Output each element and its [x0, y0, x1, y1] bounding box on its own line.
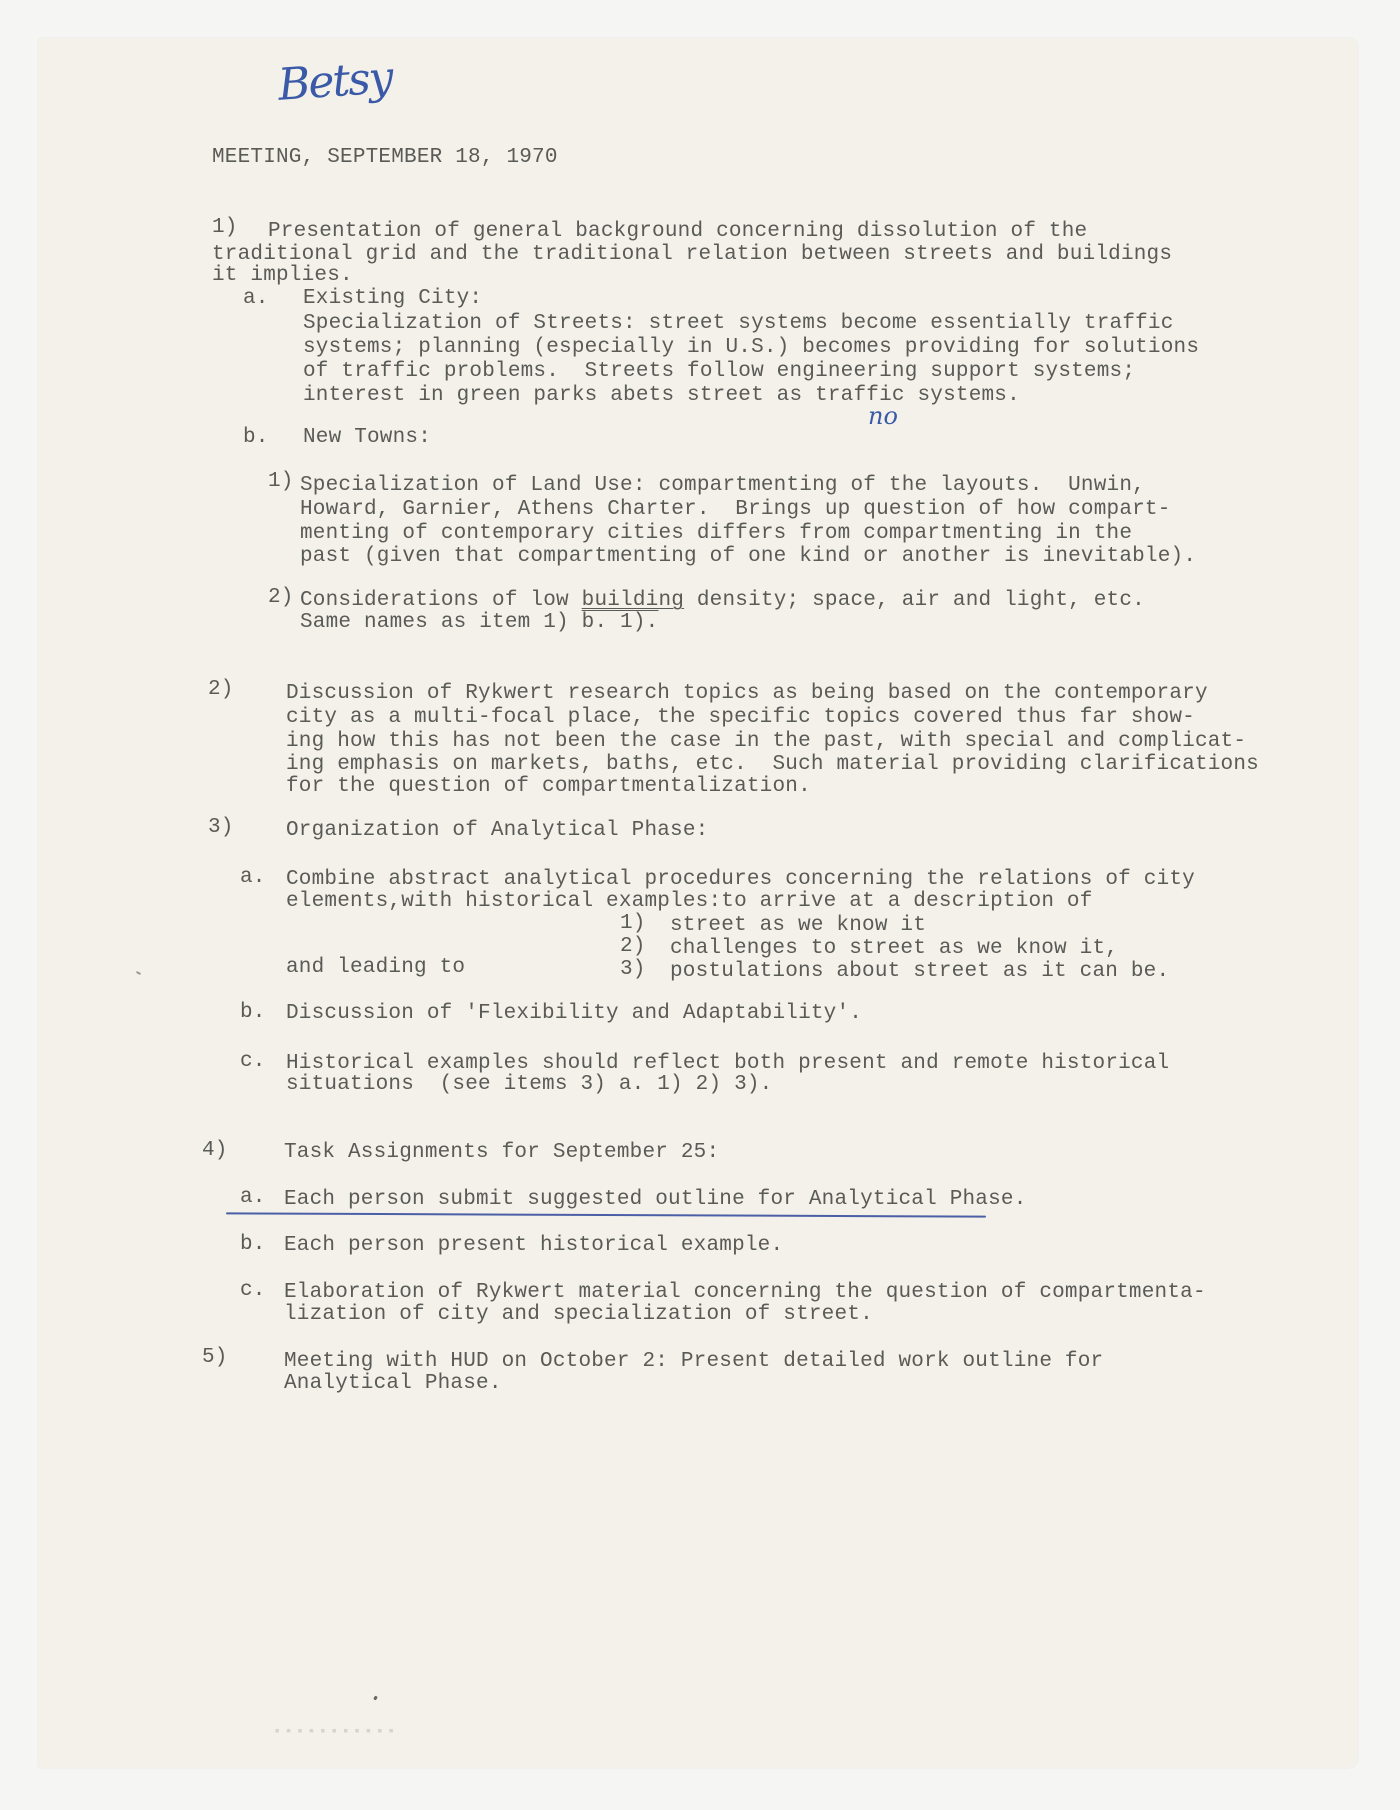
item-1b-label: b. — [243, 426, 269, 450]
item-3a-sub-2-text: challenges to street as we know it, — [670, 937, 1118, 961]
item-4c-line-2: lization of city and specialization of s… — [284, 1303, 873, 1327]
item-1b2-underlined-word: building — [582, 589, 684, 612]
item-4a-label: a. — [240, 1186, 266, 1210]
document-page: Betsy MEETING, SEPTEMBER 18, 1970 1) Pre… — [38, 38, 1358, 1768]
item-2-line-1: Discussion of Rykwert research topics as… — [286, 682, 1208, 706]
item-1a-heading: Existing City: — [303, 287, 482, 311]
item-4-heading: Task Assignments for September 25: — [284, 1141, 719, 1165]
item-3a-sub-2-number: 2) — [620, 935, 646, 959]
item-3a-sub-1-number: 1) — [620, 912, 646, 936]
item-3c-label: c. — [240, 1050, 266, 1074]
item-1-line-2: traditional grid and the traditional rel… — [212, 243, 1172, 267]
item-1a-label: a. — [243, 287, 269, 311]
handwritten-name: Betsy — [276, 52, 393, 111]
item-1-number: 1) — [212, 216, 238, 240]
bleed-through-stamp: ▪▪▪▪▪▪▪▪▪▪▪ — [270, 1724, 395, 1740]
item-4c-label: c. — [240, 1279, 266, 1303]
item-1-line-1: Presentation of general background conce… — [268, 220, 1087, 244]
item-1a-line-1: Specialization of Streets: street system… — [303, 312, 1174, 336]
item-1b2-line2-pre: Same names as item 1) — [300, 611, 582, 634]
item-3a-sub-1-text: street as we know it — [670, 914, 926, 938]
item-1a-line-2: systems; planning (especially in U.S.) b… — [303, 336, 1199, 360]
item-3a-sub-3-number: 3) — [620, 958, 646, 982]
item-4c-line-1: Elaboration of Rykwert material concerni… — [284, 1281, 1206, 1305]
item-3b-text: Discussion of 'Flexibility and Adaptabil… — [286, 1002, 862, 1026]
item-3a-line-2: elements,with historical examples:to arr… — [286, 890, 1093, 914]
item-5-line-1: Meeting with HUD on October 2: Present d… — [284, 1350, 1103, 1374]
item-3a-leading-text: and leading to — [286, 956, 465, 980]
item-4a-text: Each person submit suggested outline for… — [284, 1188, 1027, 1212]
item-2-number: 2) — [208, 678, 234, 702]
item-1b2-number: 2) — [268, 586, 294, 610]
item-1b1-line-4: past (given that compartmenting of one k… — [300, 545, 1196, 569]
item-3a-sub-3-text: postulations about street as it can be. — [670, 960, 1169, 984]
item-4b-text: Each person present historical example. — [284, 1234, 783, 1258]
item-1b-heading: New Towns: — [303, 426, 431, 450]
handwritten-underline — [226, 1212, 986, 1217]
item-3-heading: Organization of Analytical Phase: — [286, 819, 708, 843]
item-3a-line-1: Combine abstract analytical procedures c… — [286, 868, 1195, 892]
item-2-line-5: for the question of compartmentalization… — [286, 775, 811, 799]
item-1b1-number: 1) — [268, 470, 294, 494]
item-1-line-3: it implies. — [212, 264, 353, 288]
item-3b-label: b. — [240, 1001, 266, 1025]
item-1b2-line-2: Same names as item 1) b. 1). — [300, 611, 658, 635]
item-1b1-line-1: Specialization of Land Use: compartmenti… — [300, 474, 1145, 498]
item-4-number: 4) — [202, 1139, 228, 1163]
handwritten-margin-note: no — [868, 402, 898, 430]
item-3a-label: a. — [240, 866, 266, 890]
item-4b-label: b. — [240, 1233, 266, 1257]
item-5-line-2: Analytical Phase. — [284, 1372, 502, 1396]
item-5-number: 5) — [202, 1346, 228, 1370]
item-1b2-overlined-ref: b. 1). — [582, 611, 659, 634]
item-1b1-line-2: Howard, Garnier, Athens Charter. Brings … — [300, 498, 1171, 522]
item-1b2-text-post: density; space, air and light, etc. — [684, 589, 1145, 612]
item-2-line-4: ing emphasis on markets, baths, etc. Suc… — [286, 753, 1259, 777]
ink-speck — [136, 971, 141, 975]
item-1b2-line-1: Considerations of low building density; … — [300, 589, 1145, 613]
page-title: MEETING, SEPTEMBER 18, 1970 — [212, 146, 558, 170]
item-1b2-text-pre: Considerations of low — [300, 589, 582, 612]
item-1a-line-4: interest in green parks abets street as … — [303, 384, 1020, 408]
item-2-line-2: city as a multi-focal place, the specifi… — [286, 706, 1195, 730]
ink-speck — [373, 1696, 378, 1701]
item-3c-line-2: situations (see items 3) a. 1) 2) 3). — [286, 1073, 772, 1097]
item-1b1-line-3: menting of contemporary cities differs f… — [300, 522, 1132, 546]
item-1a-line-3: of traffic problems. Streets follow engi… — [303, 360, 1135, 384]
item-3-number: 3) — [208, 816, 234, 840]
item-2-line-3: ing how this has not been the case in th… — [286, 730, 1246, 754]
